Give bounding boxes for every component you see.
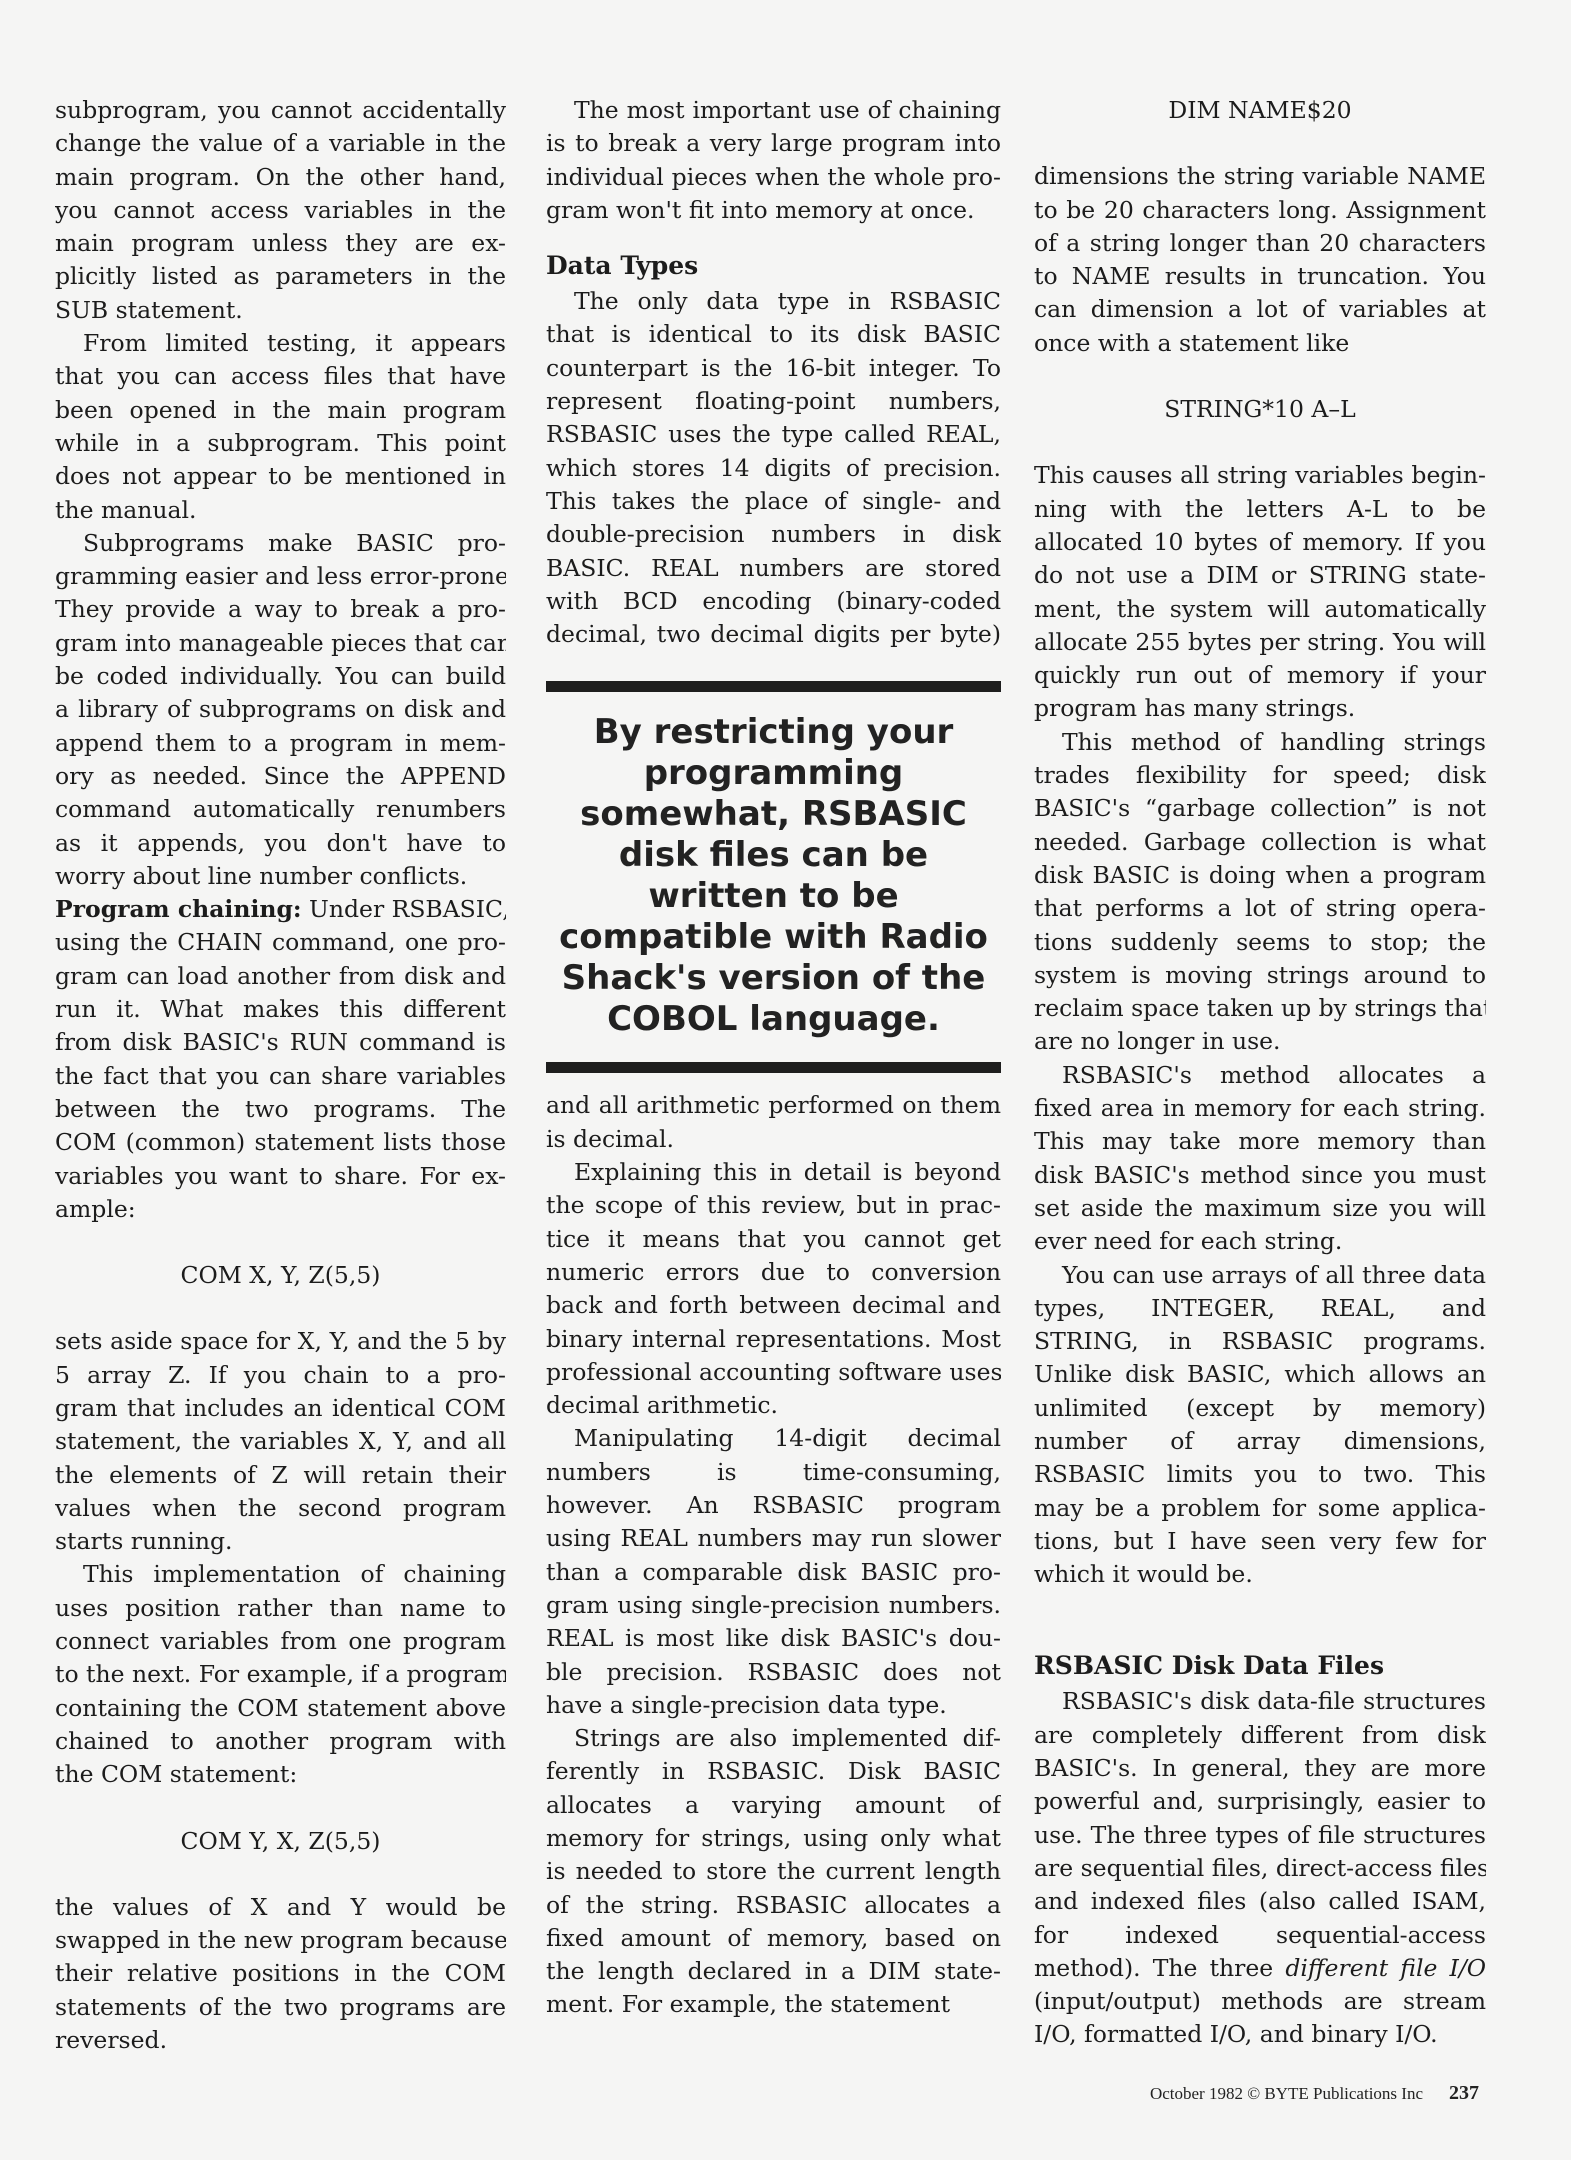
text-line: swapped in the new program because xyxy=(55,1924,506,1957)
text-line: BASIC's. In general, they are more xyxy=(1034,1752,1486,1785)
pull-quote-line: written to be xyxy=(546,876,1001,917)
text-line: using the CHAIN command, one pro- xyxy=(55,926,506,959)
text-line: the scope of this review, but in prac- xyxy=(546,1189,1001,1222)
text-line: ory as needed. Since the APPEND xyxy=(55,760,506,793)
text-line: are no longer in use. xyxy=(1034,1025,1486,1058)
pull-quote-line: COBOL language. xyxy=(546,999,1001,1040)
text-line: ning with the letters A-L to be xyxy=(1034,493,1486,526)
text-line: allocate 255 bytes per string. You will xyxy=(1034,626,1486,659)
text-line: ment, the system will automatically xyxy=(1034,593,1486,626)
text-line: append them to a program in mem- xyxy=(55,727,506,760)
pull-quote: By restricting your programming somewhat… xyxy=(546,692,1001,1062)
text-line: fixed area in memory for each string. xyxy=(1034,1092,1486,1125)
text-line: RSBASIC's method allocates a xyxy=(1034,1059,1486,1092)
text-line: Strings are also implemented dif- xyxy=(546,1722,1001,1755)
pull-quote-line: somewhat, RSBASIC xyxy=(546,794,1001,835)
text-line: double-precision numbers in disk xyxy=(546,518,1001,551)
text-line: main program. On the other hand, xyxy=(55,161,506,194)
text-line: reclaim space taken up by strings that xyxy=(1034,992,1486,1025)
text-line: ever need for each string. xyxy=(1034,1225,1486,1258)
text-line: sets aside space for X, Y, and the 5 by xyxy=(55,1325,506,1358)
text-line: trades flexibility for speed; disk xyxy=(1034,759,1486,792)
text-line: of the string. RSBASIC allocates a xyxy=(546,1889,1001,1922)
text-line: is decimal. xyxy=(546,1123,1001,1156)
text-line: The most important use of chaining xyxy=(546,94,1001,127)
text-line: command automatically renumbers xyxy=(55,793,506,826)
text-line: a library of subprograms on disk and xyxy=(55,693,506,726)
page-footer: October 1982 © BYTE Publications Inc237 xyxy=(1150,2082,1479,2105)
text-line: counterpart is the 16-bit integer. To xyxy=(546,352,1001,385)
text-line: ble precision. RSBASIC does not xyxy=(546,1656,1001,1689)
text-line: to the next. For example, if a program xyxy=(55,1658,506,1691)
code-example-dim: DIM NAME$20 xyxy=(1034,94,1486,127)
text-line: This takes the place of single- and xyxy=(546,485,1001,518)
text-line: tice it means that you cannot get xyxy=(546,1223,1001,1256)
section-heading-disk-data-files: RSBASIC Disk Data Files xyxy=(1034,1647,1486,1685)
column-right: DIM NAME$20 dimensions the string variab… xyxy=(1034,94,1486,2052)
text-line: between the two programs. The xyxy=(55,1093,506,1126)
text-line: BASIC. REAL numbers are stored xyxy=(546,552,1001,585)
text-line: and indexed files (also called ISAM, xyxy=(1034,1885,1486,1918)
text-line: disk BASIC's method since you must xyxy=(1034,1159,1486,1192)
text-line: memory for strings, using only what xyxy=(546,1822,1001,1855)
text-line: This may take more memory than xyxy=(1034,1125,1486,1158)
code-example-com-xyz: COM X, Y, Z(5,5) xyxy=(55,1259,506,1292)
text-line: represent floating-point numbers, xyxy=(546,385,1001,418)
text-line: STRING, in RSBASIC programs. xyxy=(1034,1325,1486,1358)
text-line: containing the COM statement above xyxy=(55,1692,506,1725)
text-line: BASIC's “garbage collection” is not xyxy=(1034,792,1486,825)
column-left: subprogram, you cannot accidentally chan… xyxy=(55,94,506,2057)
text-line: be coded individually. You can build xyxy=(55,660,506,693)
text-line: of a string longer than 20 characters xyxy=(1034,227,1486,260)
text-line: gram won't fit into memory at once. xyxy=(546,194,1001,227)
text-line: gramming easier and less error-prone. xyxy=(55,560,506,593)
text-line: Subprograms make BASIC pro- xyxy=(55,527,506,560)
pull-quote-line: programming xyxy=(546,753,1001,794)
text-line: (input/output) methods are stream xyxy=(1034,1985,1486,2018)
text-line: gram can load another from disk and xyxy=(55,960,506,993)
text-line: types, INTEGER, REAL, and xyxy=(1034,1292,1486,1325)
text-line: SUB statement. xyxy=(55,294,506,327)
text-line: the manual. xyxy=(55,494,506,527)
text-line: You can use arrays of all three data xyxy=(1034,1259,1486,1292)
text-line: needed. Garbage collection is what xyxy=(1034,826,1486,859)
text-line: values when the second program xyxy=(55,1492,506,1525)
text-line: as it appends, you don't have to xyxy=(55,827,506,860)
pull-quote-top-rule xyxy=(546,681,1001,692)
text-line: system is moving strings around to xyxy=(1034,959,1486,992)
text-line: are sequential files, direct-access file… xyxy=(1034,1852,1486,1885)
text-line: ample: xyxy=(55,1193,506,1226)
pull-quote-line: disk files can be xyxy=(546,835,1001,876)
text-line: the length declared in a DIM state- xyxy=(546,1955,1001,1988)
italic-span: different file I/O xyxy=(1285,1954,1486,1982)
text-line: decimal arithmetic. xyxy=(546,1389,1001,1422)
page-number: 237 xyxy=(1449,2082,1479,2104)
text-line: plicitly listed as parameters in the xyxy=(55,260,506,293)
text-line: numeric errors due to conversion xyxy=(546,1256,1001,1289)
text-line: This method of handling strings xyxy=(1034,726,1486,759)
text-line: This causes all string variables begin- xyxy=(1034,459,1486,492)
text-line: subprogram, you cannot accidentally xyxy=(55,94,506,127)
text-line: RSBASIC limits you to two. This xyxy=(1034,1458,1486,1491)
text-line: from disk BASIC's RUN command is xyxy=(55,1026,506,1059)
text-line: binary internal representations. Most xyxy=(546,1323,1001,1356)
text-line: allocates a varying amount of xyxy=(546,1789,1001,1822)
text-line: have a single-precision data type. xyxy=(546,1689,1001,1722)
text-line: use. The three types of file structures xyxy=(1034,1819,1486,1852)
text-line: tions, but I have seen very few for xyxy=(1034,1525,1486,1558)
text-line: I/O, formatted I/O, and binary I/O. xyxy=(1034,2018,1486,2051)
text-line: program has many strings. xyxy=(1034,692,1486,725)
text-line: ferently in RSBASIC. Disk BASIC xyxy=(546,1755,1001,1788)
text-line: dimensions the string variable NAME xyxy=(1034,160,1486,193)
footer-credit: October 1982 © BYTE Publications Inc xyxy=(1150,2084,1423,2103)
text-line: set aside the maximum size you will xyxy=(1034,1192,1486,1225)
code-example-com-yxz: COM Y, X, Z(5,5) xyxy=(55,1825,506,1858)
text-line: run it. What makes this different xyxy=(55,993,506,1026)
text-line: powerful and, surprisingly, easier to xyxy=(1034,1785,1486,1818)
text-line: starts running. xyxy=(55,1525,506,1558)
text-line: the fact that you can share variables xyxy=(55,1060,506,1093)
text-line: their relative positions in the COM xyxy=(55,1957,506,1990)
section-heading-data-types: Data Types xyxy=(546,247,1001,285)
text-line: They provide a way to break a pro- xyxy=(55,593,506,626)
text-line: Manipulating 14-digit decimal xyxy=(546,1422,1001,1455)
text-line: the values of X and Y would be xyxy=(55,1891,506,1924)
text-line: decimal, two decimal digits per byte) xyxy=(546,618,1001,651)
text-line: been opened in the main program xyxy=(55,394,506,427)
text-line: change the value of a variable in the xyxy=(55,127,506,160)
text-line: which it would be. xyxy=(1034,1558,1486,1591)
text-line: that is identical to its disk BASIC xyxy=(546,318,1001,351)
text-line: for indexed sequential-access xyxy=(1034,1919,1486,1952)
text-line: once with a statement like xyxy=(1034,327,1486,360)
text-line: allocated 10 bytes of memory. If you xyxy=(1034,526,1486,559)
text-line: that performs a lot of string opera- xyxy=(1034,892,1486,925)
text-line: can dimension a lot of variables at xyxy=(1034,293,1486,326)
text-line: Explaining this in detail is beyond xyxy=(546,1156,1001,1189)
text-line: worry about line number conflicts. xyxy=(55,860,506,893)
run-in-heading-program-chaining: Program chaining: xyxy=(55,895,302,923)
text-line: individual pieces when the whole pro- xyxy=(546,161,1001,194)
text-line: connect variables from one program xyxy=(55,1625,506,1658)
text-line: main program unless they are ex- xyxy=(55,227,506,260)
pull-quote-line: By restricting your xyxy=(546,712,1001,753)
text-line: statements of the two programs are xyxy=(55,1991,506,2024)
text-line: uses position rather than name to xyxy=(55,1592,506,1625)
text-line: This implementation of chaining xyxy=(55,1558,506,1591)
text-line: back and forth between decimal and xyxy=(546,1289,1001,1322)
text-line: COM (common) statement lists those xyxy=(55,1126,506,1159)
text-line: may be a problem for some applica- xyxy=(1034,1492,1486,1525)
column-middle: The most important use of chaining is to… xyxy=(546,94,1001,2022)
text-line: Program chaining: Under RSBASIC, xyxy=(55,893,506,926)
text-line: do not use a DIM or STRING state- xyxy=(1034,559,1486,592)
text-span: method). The three xyxy=(1034,1954,1285,1982)
text-line: professional accounting software uses xyxy=(546,1356,1001,1389)
text-line: RSBASIC's disk data-file structures xyxy=(1034,1685,1486,1718)
text-line: with BCD encoding (binary-coded xyxy=(546,585,1001,618)
text-line: using REAL numbers may run slower xyxy=(546,1522,1001,1555)
text-line: reversed. xyxy=(55,2024,506,2057)
text-line: the elements of Z will retain their xyxy=(55,1459,506,1492)
text-line: method). The three different file I/O xyxy=(1034,1952,1486,1985)
text-line: fixed amount of memory, based on xyxy=(546,1922,1001,1955)
pull-quote-line: compatible with Radio xyxy=(546,917,1001,958)
text-line: gram into manageable pieces that can xyxy=(55,627,506,660)
text-line: numbers is time-consuming, xyxy=(546,1456,1001,1489)
text-line: to be 20 characters long. Assignment xyxy=(1034,194,1486,227)
text-line: is to break a very large program into xyxy=(546,127,1001,160)
text-line: than a comparable disk BASIC pro- xyxy=(546,1556,1001,1589)
text-line: is needed to store the current length xyxy=(546,1855,1001,1888)
text-line: gram using single-precision numbers. xyxy=(546,1589,1001,1622)
text-line: statement, the variables X, Y, and all xyxy=(55,1425,506,1458)
text-line: RSBASIC uses the type called REAL, xyxy=(546,418,1001,451)
text-line: to NAME results in truncation. You xyxy=(1034,260,1486,293)
text-line: quickly run out of memory if your xyxy=(1034,659,1486,692)
pull-quote-line: Shack's version of the xyxy=(546,958,1001,999)
text-line: while in a subprogram. This point xyxy=(55,427,506,460)
code-example-string: STRING*10 A–L xyxy=(1034,393,1486,426)
text-line: ment. For example, the statement xyxy=(546,1988,1001,2021)
text-line: Unlike disk BASIC, which allows an xyxy=(1034,1358,1486,1391)
text-line: tions suddenly seems to stop; the xyxy=(1034,926,1486,959)
text-line: disk BASIC is doing when a program xyxy=(1034,859,1486,892)
text-span: Under RSBASIC, xyxy=(302,895,506,923)
text-line: The only data type in RSBASIC xyxy=(546,285,1001,318)
text-line: chained to another program with xyxy=(55,1725,506,1758)
text-line: that you can access files that have xyxy=(55,360,506,393)
pull-quote-bottom-rule xyxy=(546,1062,1001,1073)
text-line: the COM statement: xyxy=(55,1758,506,1791)
text-line: however. An RSBASIC program xyxy=(546,1489,1001,1522)
text-line: and all arithmetic performed on them xyxy=(546,1089,1001,1122)
text-line: you cannot access variables in the xyxy=(55,194,506,227)
text-line: are completely different from disk xyxy=(1034,1719,1486,1752)
text-line: number of array dimensions, xyxy=(1034,1425,1486,1458)
text-line: gram that includes an identical COM xyxy=(55,1392,506,1425)
text-line: does not appear to be mentioned in xyxy=(55,460,506,493)
text-line: 5 array Z. If you chain to a pro- xyxy=(55,1359,506,1392)
text-line: variables you want to share. For ex- xyxy=(55,1160,506,1193)
text-line: unlimited (except by memory) xyxy=(1034,1392,1486,1425)
text-line: From limited testing, it appears xyxy=(55,327,506,360)
text-line: REAL is most like disk BASIC's dou- xyxy=(546,1622,1001,1655)
text-line: which stores 14 digits of precision. xyxy=(546,452,1001,485)
